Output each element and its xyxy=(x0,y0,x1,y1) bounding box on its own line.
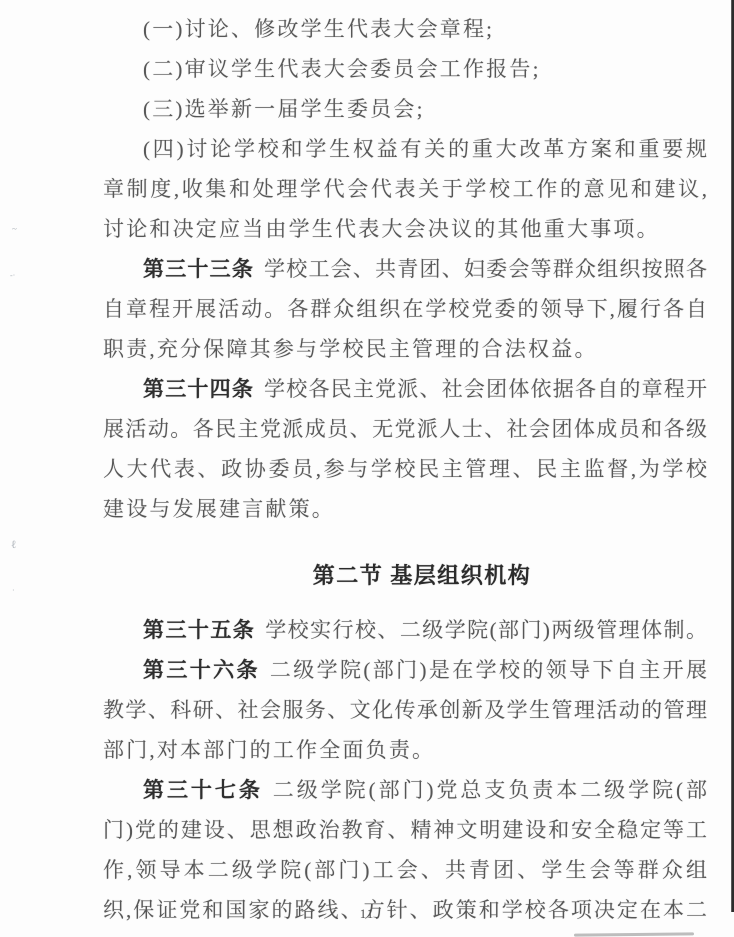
body-line: 建设与发展建言献策。 xyxy=(103,489,707,529)
scan-edge-shadow xyxy=(574,932,694,936)
article-text: 学校实行校、二级学院(部门)两级管理体制。 xyxy=(265,618,707,642)
body-line: (一)讨论、修改学生代表大会章程; xyxy=(103,9,707,49)
scan-speck: ℓ xyxy=(11,541,16,550)
article-number: 第三十五条 xyxy=(143,618,255,642)
body-line: (三)选举新一届学生委员会; xyxy=(103,89,707,129)
body-line: 部门,对本部门的工作全面负责。 xyxy=(103,730,707,770)
body-line: 职责,充分保障其参与学校民主管理的合法权益。 xyxy=(103,329,707,369)
article-number: 第三十六条 xyxy=(143,658,260,682)
article-number: 第三十七条 xyxy=(143,778,263,802)
body-line: 作,领导本二级学院(部门)工会、共青团、学生会等群众组 xyxy=(103,850,707,890)
body-line: (二)审议学生代表大会委员会工作报告; xyxy=(103,49,707,89)
body-line: 第三十六条二级学院(部门)是在学校的领导下自主开展 xyxy=(103,650,707,690)
scan-speck: · xyxy=(12,586,15,595)
body-line: 教学、科研、社会服务、文化传承创新及学生管理活动的管理 xyxy=(103,690,707,730)
body-line: 展活动。各民主党派成员、无党派人士、社会团体成员和各级 xyxy=(103,409,707,449)
body-line: 第三十五条学校实行校、二级学院(部门)两级管理体制。 xyxy=(103,610,707,650)
body-line: 章制度,收集和处理学代会代表关于学校工作的意见和建议, xyxy=(103,169,707,209)
body-line: (四)讨论学校和学生权益有关的重大改革方案和重要规 xyxy=(103,129,707,169)
body-line: 门)党的建设、思想政治教育、精神文明建设和安全稳定等工 xyxy=(103,810,707,850)
scanned-document-page: (一)讨论、修改学生代表大会章程; (二)审议学生代表大会委员会工作报告; (三… xyxy=(0,0,734,937)
scan-speck: ~ xyxy=(12,225,17,234)
body-line: 自章程开展活动。各群众组织在学校党委的领导下,履行各自 xyxy=(103,289,707,329)
article-number: 第三十四条 xyxy=(143,377,254,401)
body-line: 第三十四条学校各民主党派、社会团体依据各自的章程开 xyxy=(103,369,707,409)
body-line: 讨论和决定应当由学生代表大会决议的其他重大事项。 xyxy=(103,209,707,249)
scan-speck: -· xyxy=(10,271,15,280)
article-text: 二级学院(部门)党总支负责本二级学院(部 xyxy=(273,778,707,802)
article-text: 学校各民主党派、社会团体依据各自的章程开 xyxy=(264,377,707,401)
page-number: 11 xyxy=(0,906,734,922)
section-heading: 第二节 基层组织机构 xyxy=(103,556,707,596)
body-line: 第三十三条学校工会、共青团、妇委会等群众组织按照各 xyxy=(103,249,707,289)
body-line: 人大代表、政协委员,参与学校民主管理、民主监督,为学校 xyxy=(103,449,707,489)
article-text: 二级学院(部门)是在学校的领导下自主开展 xyxy=(270,658,707,682)
article-number: 第三十三条 xyxy=(143,257,254,281)
body-line: 第三十七条二级学院(部门)党总支负责本二级学院(部 xyxy=(103,770,707,810)
document-body: (一)讨论、修改学生代表大会章程; (二)审议学生代表大会委员会工作报告; (三… xyxy=(103,0,707,930)
article-text: 学校工会、共青团、妇委会等群众组织按照各 xyxy=(264,257,707,281)
